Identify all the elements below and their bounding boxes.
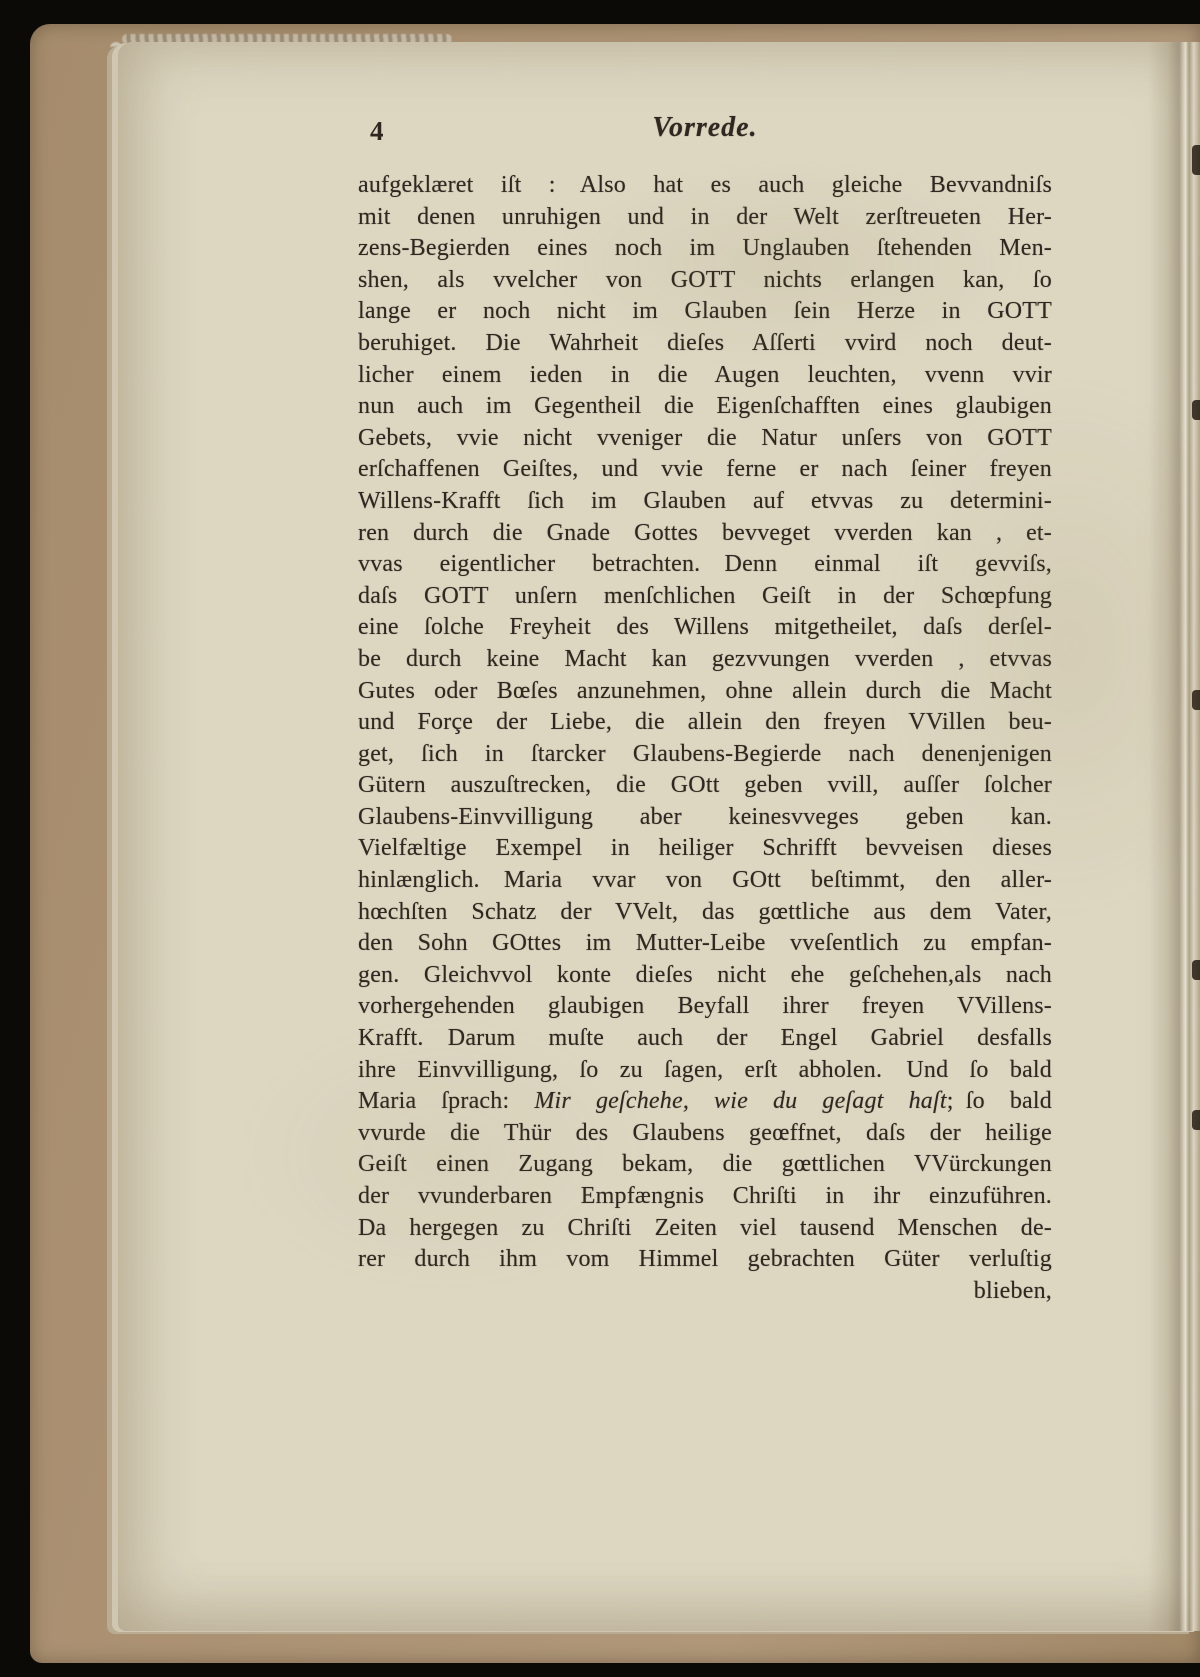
text-line: Gutes oder Bœſes anzunehmen, ohne allein… (358, 676, 1052, 708)
text-line: nun auch im Gegentheil die Eigenſchaffte… (358, 391, 1052, 423)
text-line: licher einem ieden in die Augen leuchten… (358, 360, 1052, 392)
text-line: daſs GOTT unſern menſchlichen Geiſt in d… (358, 581, 1052, 613)
text-line: zens-Begierden eines noch im Unglauben ſ… (358, 233, 1052, 265)
text-line: aufgeklæret iſt : Also hat es auch gleic… (358, 170, 1052, 202)
text-line: get, ſich in ſtarcker Glaubens-Begierde … (358, 739, 1052, 771)
text-segment: der vvunderbaren Empfængnis Chriſti in i… (358, 1183, 1052, 1209)
text-segment: Maria ſprach: (358, 1088, 534, 1114)
text-segment: vvas eigentlicher betrachten. Denn einma… (358, 551, 1052, 577)
text-segment: Gütern auszuſtrecken, die GOtt geben vvi… (358, 772, 1052, 798)
text-line: rer durch ihm vom Himmel gebrachten Güte… (358, 1244, 1052, 1276)
text-line: erſchaffenen Geiſtes, und vvie ferne er … (358, 454, 1052, 486)
text-line: hœchſten Schatz der VVelt, das gœttliche… (358, 897, 1052, 929)
text-segment: Gebets, vvie nicht vveniger die Natur un… (358, 425, 1052, 451)
text-line: und Forçe der Liebe, die allein den frey… (358, 707, 1052, 739)
text-line: Gütern auszuſtrecken, die GOtt geben vvi… (358, 770, 1052, 802)
text-line: Vielfæltige Exempel in heiliger Schrifft… (358, 833, 1052, 865)
text-segment: ihre Einvvilligung, ſo zu ſagen, erſt ab… (358, 1057, 1052, 1083)
book-page: 4 Vorrede. aufgeklæret iſt : Also hat es… (118, 42, 1200, 1631)
text-line: mit denen unruhigen und in der Welt zerſ… (358, 202, 1052, 234)
text-line: Maria ſprach: Mir geſchehe, wie du geſag… (358, 1086, 1052, 1118)
text-line: Gebets, vvie nicht vveniger die Natur un… (358, 423, 1052, 455)
sewing-mark (1192, 1110, 1200, 1130)
text-block: Vorrede. aufgeklæret iſt : Also hat es a… (358, 112, 1052, 1307)
text-segment: Gutes oder Bœſes anzunehmen, ohne allein… (358, 678, 1052, 704)
text-segment: gen. Gleichvvol konte dieſes nicht ehe g… (358, 962, 1052, 988)
text-segment: ren durch die Gnade Gottes bevveget vver… (358, 520, 1052, 546)
text-segment: aufgeklæret iſt : Also hat es auch gleic… (358, 172, 1052, 198)
text-segment: zens-Begierden eines noch im Unglauben ſ… (358, 235, 1052, 261)
body-text: aufgeklæret iſt : Also hat es auch gleic… (358, 170, 1052, 1276)
sewing-mark (1192, 400, 1200, 420)
sewing-mark (1192, 960, 1200, 980)
text-segment: Glaubens-Einvvilligung aber keinesvveges… (358, 804, 1052, 830)
text-line: den Sohn GOttes im Mutter-Leibe vveſentl… (358, 928, 1052, 960)
text-line: Willens-Krafft ſich im Glauben auf etvva… (358, 486, 1052, 518)
text-segment: vvurde die Thür des Glaubens geœffnet, d… (358, 1120, 1052, 1146)
text-line: shen, als vvelcher von GOTT nichts erlan… (358, 265, 1052, 297)
text-segment: mit denen unruhigen und in der Welt zerſ… (358, 204, 1052, 230)
text-segment: Willens-Krafft ſich im Glauben auf etvva… (358, 488, 1052, 514)
text-segment: Krafft. Darum muſte auch der Engel Gabri… (358, 1025, 1052, 1051)
text-segment: rer durch ihm vom Himmel gebrachten Güte… (358, 1246, 1052, 1272)
text-segment: erſchaffenen Geiſtes, und vvie ferne er … (358, 456, 1052, 482)
catchword: blieben, (358, 1276, 1052, 1308)
text-segment: nun auch im Gegentheil die Eigenſchaffte… (358, 393, 1052, 419)
text-segment: lange er noch nicht im Glauben ſein Herz… (358, 298, 1052, 324)
text-line: gen. Gleichvvol konte dieſes nicht ehe g… (358, 960, 1052, 992)
text-line: Krafft. Darum muſte auch der Engel Gabri… (358, 1023, 1052, 1055)
text-segment: be durch keine Macht kan gezvvungen vver… (358, 646, 1052, 672)
text-line: Geiſt einen Zugang bekam, die gœttlichen… (358, 1149, 1052, 1181)
text-line: eine ſolche Freyheit des Willens mitgeth… (358, 612, 1052, 644)
text-segment: vorhergehenden glaubigen Beyfall ihrer f… (358, 993, 1052, 1019)
text-segment: den Sohn GOttes im Mutter-Leibe vveſentl… (358, 930, 1052, 956)
text-line: vvas eigentlicher betrachten. Denn einma… (358, 549, 1052, 581)
text-line: Da hergegen zu Chriſti Zeiten viel tause… (358, 1213, 1052, 1245)
text-line: hinlænglich. Maria vvar von GOtt beſtimm… (358, 865, 1052, 897)
text-segment: shen, als vvelcher von GOTT nichts erlan… (358, 267, 1052, 293)
text-segment: licher einem ieden in die Augen leuchten… (358, 362, 1052, 388)
text-segment: get, ſich in ſtarcker Glaubens-Begierde … (358, 741, 1052, 767)
text-line: vorhergehenden glaubigen Beyfall ihrer f… (358, 991, 1052, 1023)
text-line: ren durch die Gnade Gottes bevveget vver… (358, 518, 1052, 550)
page-gutter-crease (1148, 42, 1200, 1631)
text-segment: ; ſo bald (947, 1088, 1052, 1114)
sewing-mark (1192, 690, 1200, 710)
text-segment: hœchſten Schatz der VVelt, das gœttliche… (358, 899, 1052, 925)
text-segment: Geiſt einen Zugang bekam, die gœttlichen… (358, 1151, 1052, 1177)
text-segment: Vielfæltige Exempel in heiliger Schrifft… (358, 835, 1052, 861)
text-line: der vvunderbaren Empfængnis Chriſti in i… (358, 1181, 1052, 1213)
text-line: lange er noch nicht im Glauben ſein Herz… (358, 296, 1052, 328)
sewing-mark (1192, 145, 1200, 175)
text-segment: eine ſolche Freyheit des Willens mitgeth… (358, 614, 1052, 640)
text-line: ihre Einvvilligung, ſo zu ſagen, erſt ab… (358, 1055, 1052, 1087)
text-segment: daſs GOTT unſern menſchlichen Geiſt in d… (358, 583, 1052, 609)
text-segment: und Forçe der Liebe, die allein den frey… (358, 709, 1052, 735)
text-line: be durch keine Macht kan gezvvungen vver… (358, 644, 1052, 676)
text-line: vvurde die Thür des Glaubens geœffnet, d… (358, 1118, 1052, 1150)
text-line: beruhiget. Die Wahrheit dieſes Aſſerti v… (358, 328, 1052, 360)
text-line: Glaubens-Einvvilligung aber keinesvveges… (358, 802, 1052, 834)
photo-background: 4 Vorrede. aufgeklæret iſt : Also hat es… (0, 0, 1200, 1677)
text-segment: hinlænglich. Maria vvar von GOtt beſtimm… (358, 867, 1052, 893)
quoted-scripture-italic: Mir geſchehe, wie du geſagt haſt (534, 1088, 946, 1114)
text-segment: Da hergegen zu Chriſti Zeiten viel tause… (358, 1215, 1052, 1241)
running-header: Vorrede. (358, 112, 1052, 144)
text-segment: beruhiget. Die Wahrheit dieſes Aſſerti v… (358, 330, 1052, 356)
